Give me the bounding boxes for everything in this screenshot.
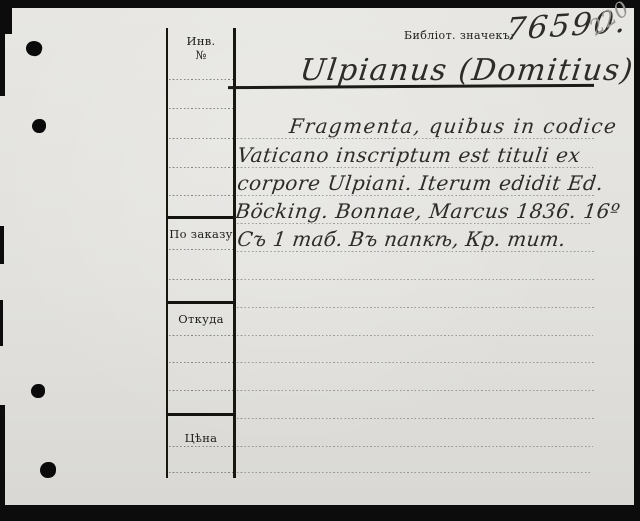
column-left-line — [166, 28, 168, 478]
column-ruled-line — [169, 79, 233, 80]
ruled-line — [237, 307, 595, 308]
body-line: Böcking. Bonnae, Marcus 1836. 16º — [234, 199, 622, 223]
body-line: Съ 1 таб. Въ папкѣ, Кр. тит. — [236, 227, 567, 251]
inventory-number-sign: № — [168, 48, 234, 62]
scan-edge-left-segment — [0, 300, 3, 346]
ruled-line — [237, 167, 593, 168]
punch-hole — [31, 384, 45, 398]
body-line: corpore Ulpiani. Iterum edidit Ed. — [236, 171, 605, 195]
ruled-line — [237, 446, 593, 447]
column-divider — [167, 216, 236, 219]
column-ruled-line — [169, 279, 233, 280]
ruled-line — [237, 335, 593, 336]
scan-edge-left-segment — [0, 8, 5, 96]
ruled-line — [237, 279, 594, 280]
column-ruled-line — [169, 446, 233, 447]
ruled-line — [237, 472, 592, 473]
column-ruled-line — [169, 167, 233, 168]
column-divider — [167, 301, 236, 304]
column-ruled-line — [169, 335, 233, 336]
column-divider — [167, 413, 236, 416]
column-ruled-line — [169, 390, 233, 391]
ruled-line — [237, 362, 595, 363]
library-stamp-label: Библіот. значекъ: — [404, 29, 514, 42]
origin-label: Откуда — [168, 312, 234, 326]
column-ruled-line — [169, 472, 233, 473]
scan-edge-bottom — [0, 505, 640, 521]
punch-hole — [40, 462, 56, 478]
card-title-handwritten: Ulpianus (Domitius) — [298, 53, 636, 88]
price-label: Цѣна — [168, 431, 234, 445]
ruled-line — [237, 418, 595, 419]
column-ruled-line — [169, 138, 233, 139]
order-label: По заказу — [168, 227, 234, 241]
punch-hole — [32, 119, 46, 133]
column-ruled-line — [169, 362, 233, 363]
body-line: Fragmenta, quibus in codice — [288, 114, 619, 138]
scan-edge-right — [634, 0, 640, 521]
body-line: Vaticano inscriptum est tituli ex — [236, 143, 582, 167]
column-ruled-line — [169, 108, 233, 109]
column-right-line — [233, 28, 236, 478]
scan-edge-left-segment — [0, 226, 4, 264]
scan-edge-left-segment — [0, 405, 5, 521]
scanned-catalog-card: Инв. № По заказу Откуда Цѣна Библіот. зн… — [0, 0, 640, 521]
scan-edge-top — [0, 0, 640, 8]
ruled-line — [237, 390, 594, 391]
column-ruled-line — [169, 249, 233, 250]
ruled-line — [237, 223, 592, 224]
column-ruled-line — [169, 195, 233, 196]
ruled-line — [237, 251, 595, 252]
ruled-line — [237, 195, 595, 196]
inventory-label: Инв. — [168, 34, 234, 48]
ruled-line — [237, 138, 595, 139]
